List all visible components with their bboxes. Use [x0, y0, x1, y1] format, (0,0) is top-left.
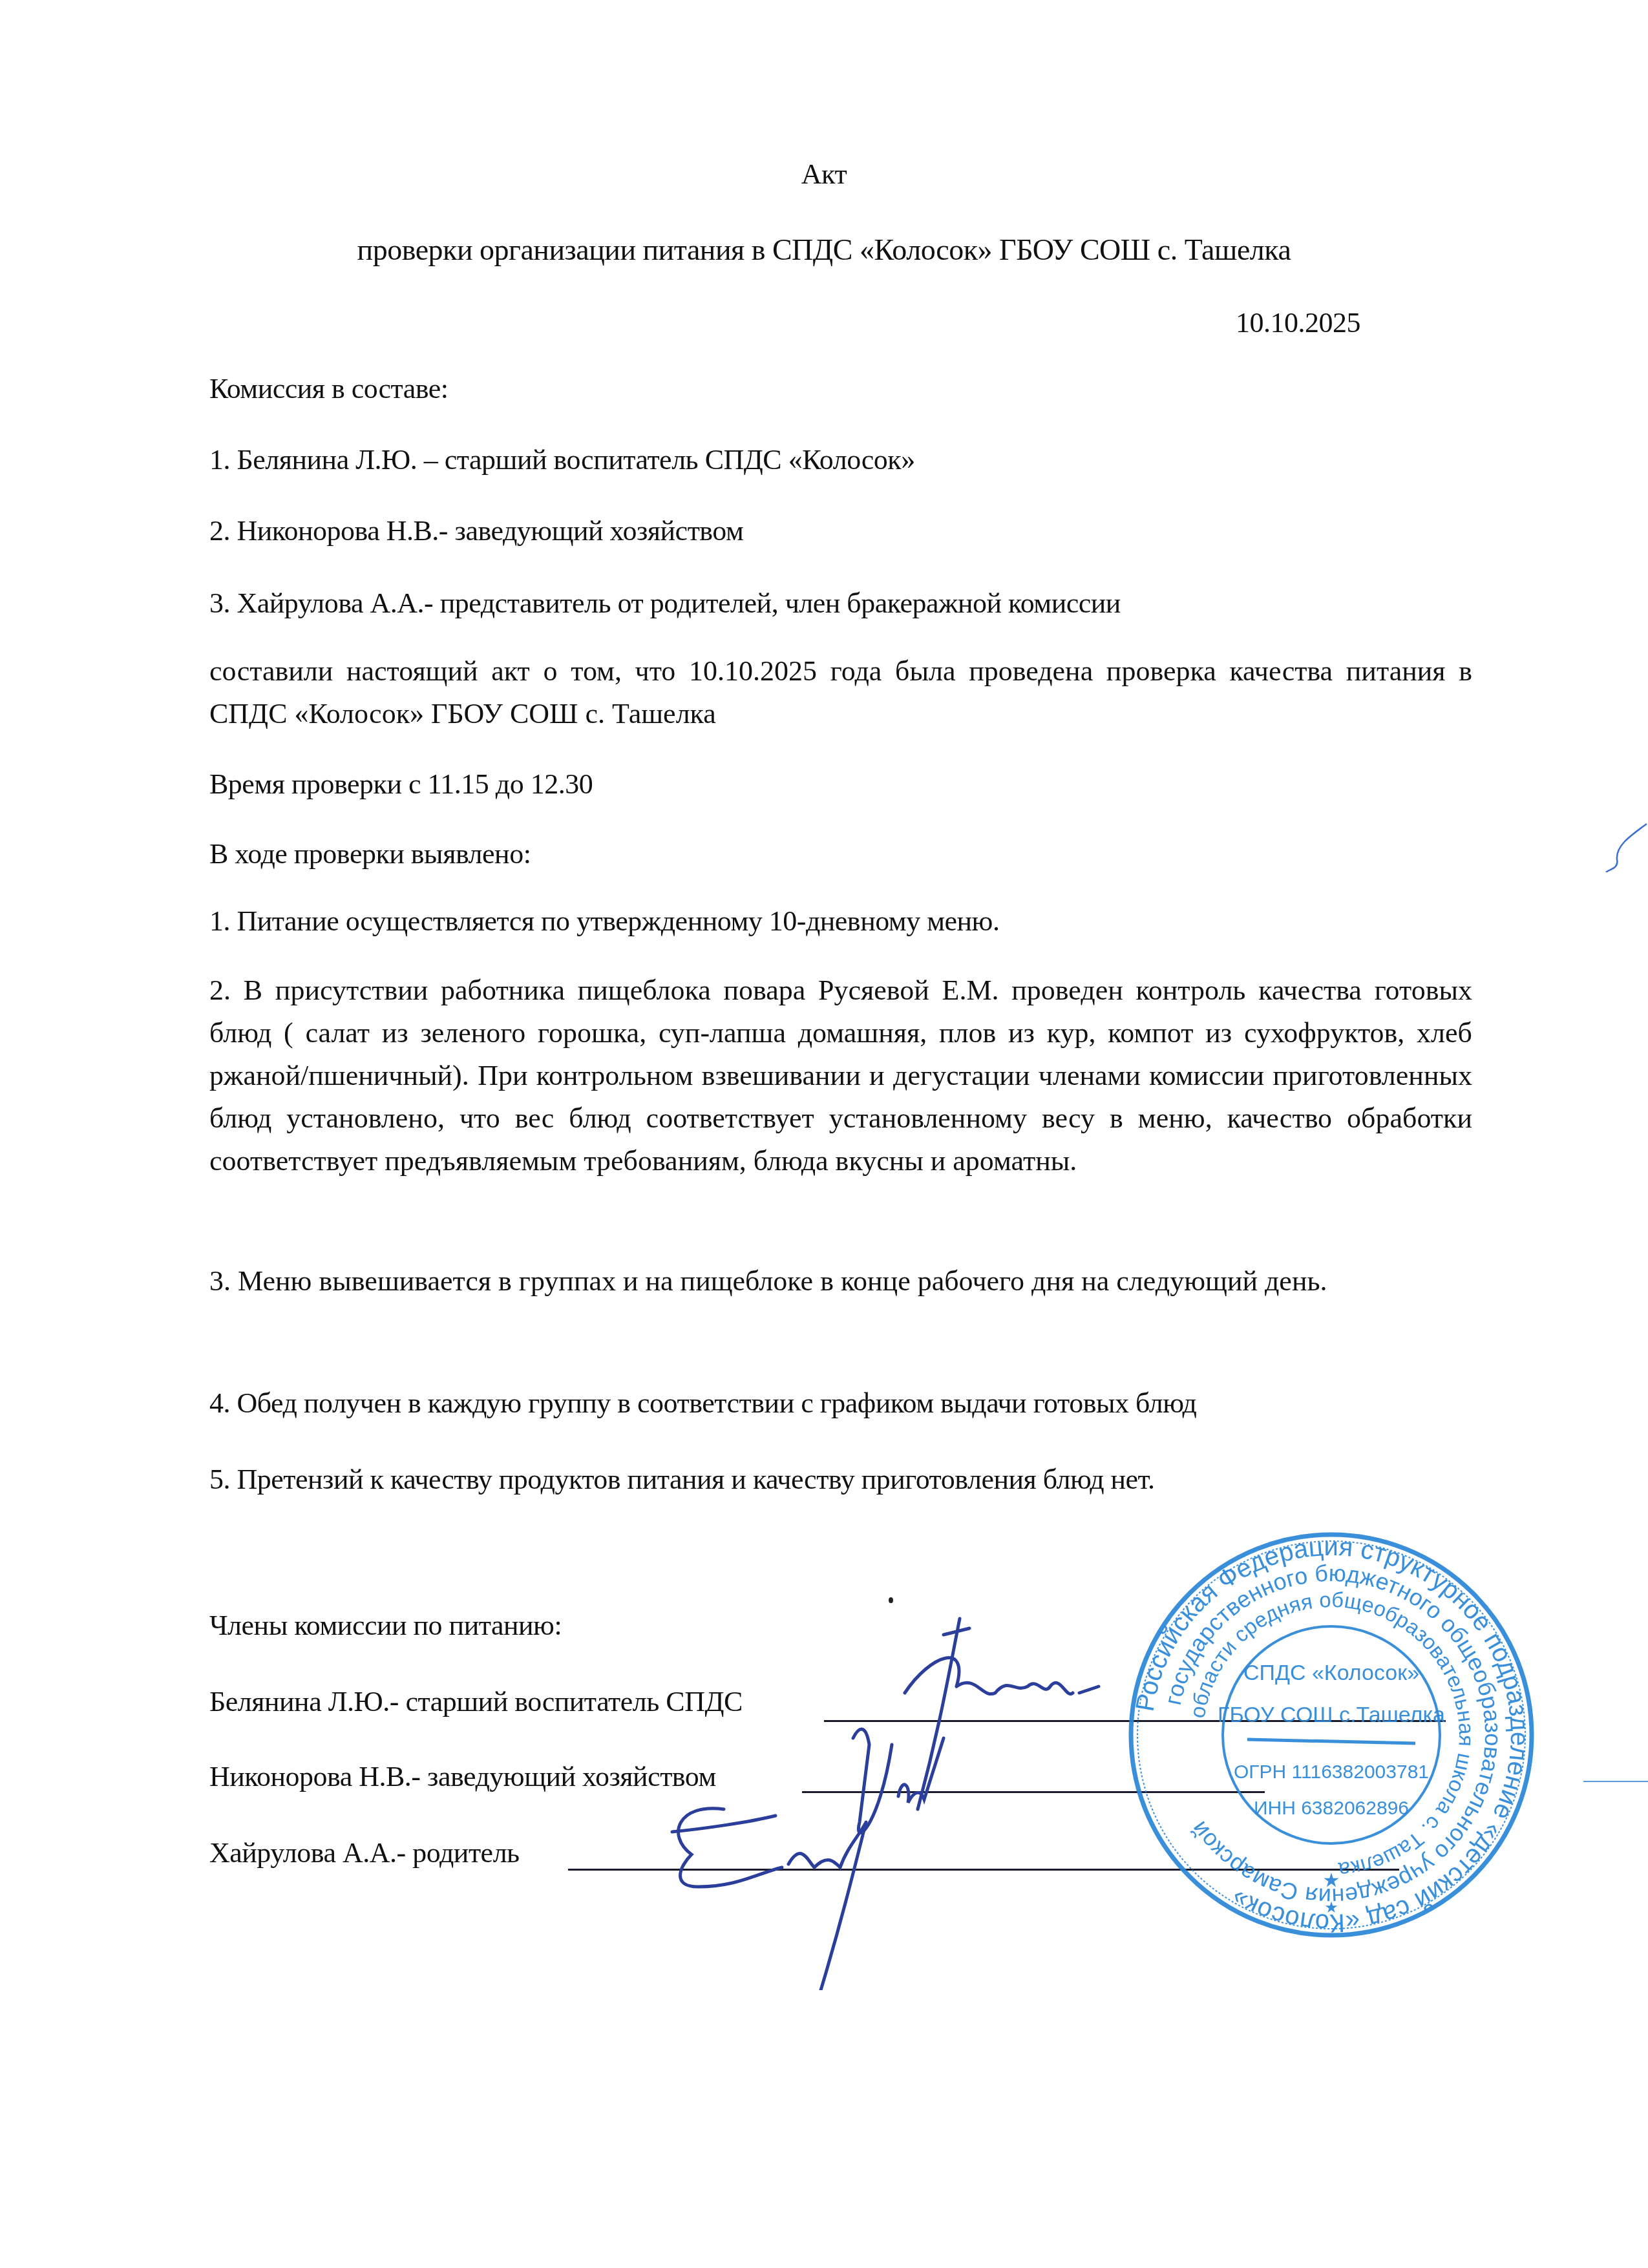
commission-member-2: 2. Никонорова Н.В.- заведующий хозяйство…: [209, 517, 743, 545]
finding-2: 2. В присутствии работника пищеблока пов…: [209, 969, 1472, 1182]
document-page: Акт проверки организации питания в СПДС …: [0, 0, 1648, 2268]
document-subtitle: проверки организации питания в СПДС «Кол…: [0, 235, 1648, 265]
commission-member-1: 1. Белянина Л.Ю. – старший воспитатель С…: [209, 446, 915, 474]
finding-5: 5. Претензий к качеству продуктов питани…: [209, 1465, 1155, 1494]
stamp-inn: ИНН 6382062896: [1254, 1798, 1409, 1819]
findings-heading: В ходе проверки выявлено:: [209, 840, 531, 868]
finding-1: 1. Питание осуществляется по утвержденно…: [209, 907, 999, 936]
stamp-middle-text: государственного бюджетного общеобразова…: [1159, 1560, 1506, 1910]
inspection-time: Время проверки с 11.15 до 12.30: [209, 770, 593, 799]
stamp-star-icon: ★: [1323, 1870, 1340, 1891]
stamp-center-line-1: СПДС «Колосок»: [1243, 1661, 1419, 1685]
signatory-2: Никонорова Н.В.- заведующий хозяйством: [209, 1763, 716, 1791]
document-date: 10.10.2025: [1236, 309, 1360, 337]
signatory-3: Хайрулова А.А.- родитель: [209, 1839, 520, 1867]
stamp-center-line-2: ГБОУ СОШ с.Ташелка: [1218, 1703, 1445, 1727]
signature-khayrulova: [653, 1796, 924, 1990]
stamp-inner-text: области средняя общеобразовательная школ…: [1185, 1588, 1479, 1882]
commission-heading: Комиссия в составе:: [209, 375, 449, 403]
official-stamp: Российская Федерация структурное подразд…: [1121, 1525, 1541, 1945]
signatory-1: Белянина Л.Ю.- старший воспитатель СПДС: [209, 1688, 743, 1716]
finding-3: 3. Меню вывешивается в группах и на пище…: [209, 1260, 1472, 1303]
stamp-ogrn: ОГРН 1116382003781: [1234, 1761, 1429, 1783]
intro-paragraph: составили настоящий акт о том, что 10.10…: [209, 650, 1472, 735]
document-title: Акт: [0, 160, 1648, 189]
signatures-heading: Члены комиссии по питанию:: [209, 1612, 562, 1640]
scan-mark-right: [1603, 821, 1648, 872]
finding-4: 4. Обед получен в каждую группу в соотве…: [209, 1389, 1196, 1418]
stamp-star-icon: ★: [1324, 1899, 1338, 1916]
scan-mark-bottom-right: [1583, 1781, 1648, 1782]
commission-member-3: 3. Хайрулова А.А.- представитель от роди…: [209, 589, 1121, 618]
scan-dot: [889, 1597, 893, 1603]
